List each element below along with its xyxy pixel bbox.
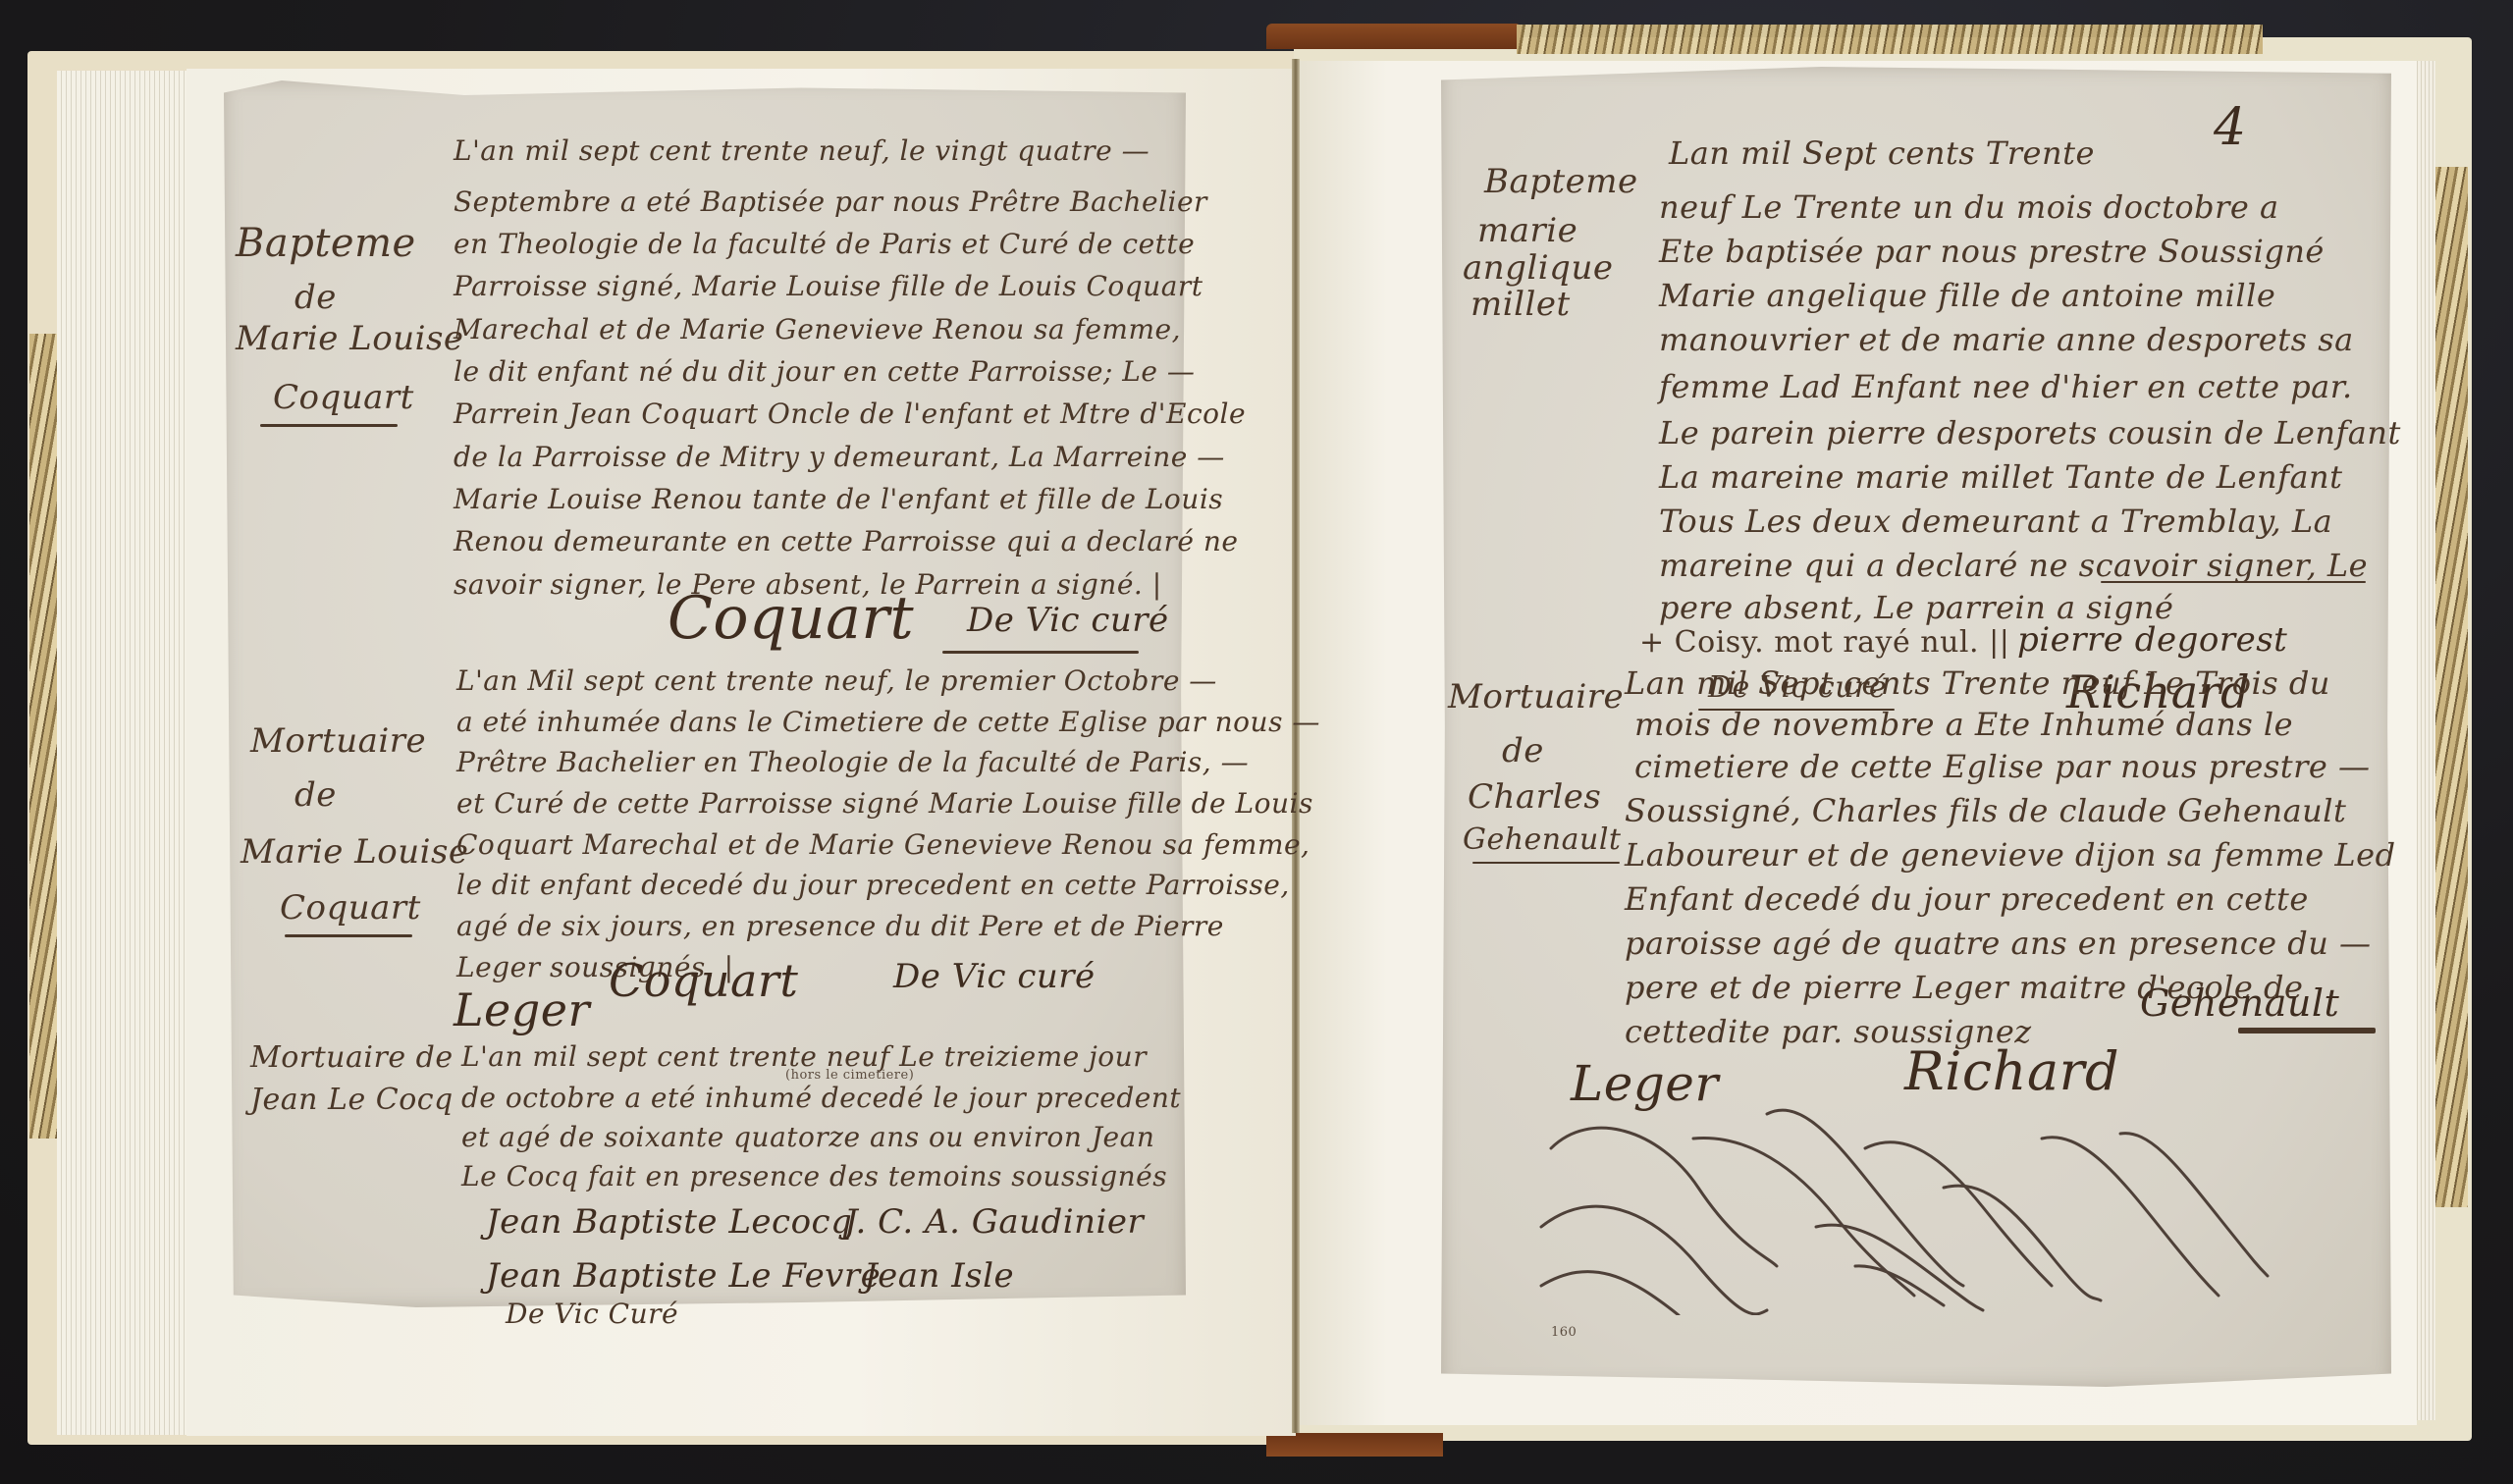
signature-de-vic: De Vic curé [893,957,1096,996]
signature-coquart: Coquart [609,954,798,1007]
text-line: femme Lad Enfant nee d'hier en cette par… [1659,371,2353,402]
interlinear-note: (hors le cimetiere) [785,1068,914,1083]
text-line: L'an mil sept cent trente neuf Le treizi… [461,1043,1147,1071]
margin-title: Mortuaire [250,721,426,761]
signature-isle: Jean Isle [864,1256,1014,1296]
marbled-endpaper-top [1517,25,2263,54]
text-line: Parroisse signé, Marie Louise fille de L… [454,273,1203,300]
text-line: le dit enfant né du dit jour en cette Pa… [454,358,1195,386]
margin-surname: Coquart [280,888,421,927]
text-line: de la Parroisse de Mitry y demeurant, La… [454,444,1225,471]
margin-title: Bapteme [236,221,416,266]
text-line: cimetiere de cette Eglise par nous prest… [1634,751,2371,782]
text-line: a eté inhumée dans le Cimetiere de cette… [456,709,1320,736]
text-line: L'an Mil sept cent trente neuf, le premi… [456,667,1217,695]
signature-de-vic: De Vic Curé [506,1300,678,1328]
line-end-rule [2101,581,2366,583]
signature-underline [942,651,1139,654]
archive-stamp: 160 [1551,1325,1577,1340]
cancellation-strokes [1531,1089,2336,1315]
text-line: Renou demeurante en cette Parroisse qui … [454,528,1238,556]
text-line: Laboureur et de genevieve dijon sa femme… [1625,839,2396,871]
margin-underline [1472,862,1620,864]
marbled-endpaper-left [29,334,59,1139]
text-line: Le parein pierre desporets cousin de Len… [1659,417,2401,449]
text-line: de octobre a eté inhumé decedé le jour p… [461,1085,1181,1112]
signature-leger: Leger [454,983,590,1036]
margin-surname: Coquart [273,378,414,417]
margin-name: Marie Louise [241,832,469,872]
margin-title: Mortuaire [1448,677,1624,716]
signature-de-vic: De Vic curé [967,601,1169,640]
folio-number: 4 [2214,98,2247,157]
text-line: Marie Louise Renou tante de l'enfant et … [454,486,1223,513]
signature-gehenault: Gehenault [2140,981,2339,1025]
text-line: Enfant decedé du jour precedent en cette [1625,883,2309,915]
text-line: paroisse agé de quatre ans en presence d… [1625,927,2372,959]
signature-lecocq: Jean Baptiste Lecocq [486,1202,852,1242]
marbled-endpaper-right [2433,167,2468,1207]
text-line: Lan mil Sept cents Trente [1669,137,2095,169]
text-line: Septembre a eté Baptisée par nous Prêtre… [454,188,1207,216]
text-line: Coquart Marechal et de Marie Genevieve R… [456,831,1310,859]
text-line: en Theologie de la faculté de Paris et C… [454,231,1195,258]
margin-de: de [1502,731,1544,770]
margin-de: de [294,775,337,815]
text-line: mois de novembre a Ete Inhumé dans le [1634,709,2293,740]
signature-coquart: Coquart [668,584,914,653]
margin-underline [260,424,398,427]
margin-title: Bapteme [1484,162,1638,201]
text-line: L'an mil sept cent trente neuf, le vingt… [454,137,1150,165]
text-line: le dit enfant decedé du jour precedent e… [456,872,1290,899]
margin-underline [285,934,412,937]
margin-name: Jean Le Cocq [250,1083,454,1117]
text-line: Marie angelique fille de antoine mille [1659,280,2275,311]
text-line: Marechal et de Marie Genevieve Renou sa … [454,316,1181,344]
margin-name: Marie Louise [236,319,464,358]
text-line: Le Cocq fait en presence des temoins sou… [461,1163,1167,1191]
signature-underline [2238,1028,2376,1033]
text-line: Parrein Jean Coquart Oncle de l'enfant e… [454,400,1246,428]
margin-name-2: anglique [1463,248,1613,288]
signature-degorest: pierre degorest [2017,620,2287,660]
leather-spine-top [1266,24,1522,49]
signature-le-fevre: Jean Baptiste Le Fevre [486,1256,881,1296]
text-line: et agé de soixante quatorze ans ou envir… [461,1124,1154,1151]
text-line: neuf Le Trente un du mois doctobre a [1659,191,2279,223]
text-line: Tous Les deux demeurant a Tremblay, La [1659,505,2332,537]
text-line: Lan mil Sept cents Trente neuf Le Trois … [1625,667,2330,699]
text-line-note: + Coisy. mot rayé nul. || [1639,628,2009,658]
text-line: Ete baptisée par nous prestre Soussigné [1659,236,2325,267]
text-line: mareine qui a declaré ne scavoir signer,… [1659,550,2368,581]
text-line: Soussigné, Charles fils de claude Gehena… [1625,795,2346,826]
margin-name-1: marie [1477,211,1577,250]
text-line: et Curé de cette Parroisse signé Marie L… [456,790,1313,818]
text-line: agé de six jours, en presence du dit Per… [456,913,1224,940]
text-line: manouvrier et de marie anne desporets sa [1659,324,2354,355]
margin-name: Charles [1468,777,1601,817]
text-line: La mareine marie millet Tante de Lenfant [1659,461,2342,493]
signature-gaudinier: J. C. A. Gaudinier [844,1202,1144,1242]
text-line: Prêtre Bachelier en Theologie de la facu… [456,749,1249,776]
margin-de: de [294,278,337,317]
leather-spine-bottom [1266,1433,1443,1457]
page-stack-left [57,71,194,1435]
book-gutter [1292,59,1300,1433]
margin-title: Mortuaire de [250,1040,454,1075]
margin-surname: Gehenault [1463,822,1621,857]
text-line: pere absent, Le parrein a signé [1659,592,2173,623]
margin-surname: millet [1470,285,1571,324]
